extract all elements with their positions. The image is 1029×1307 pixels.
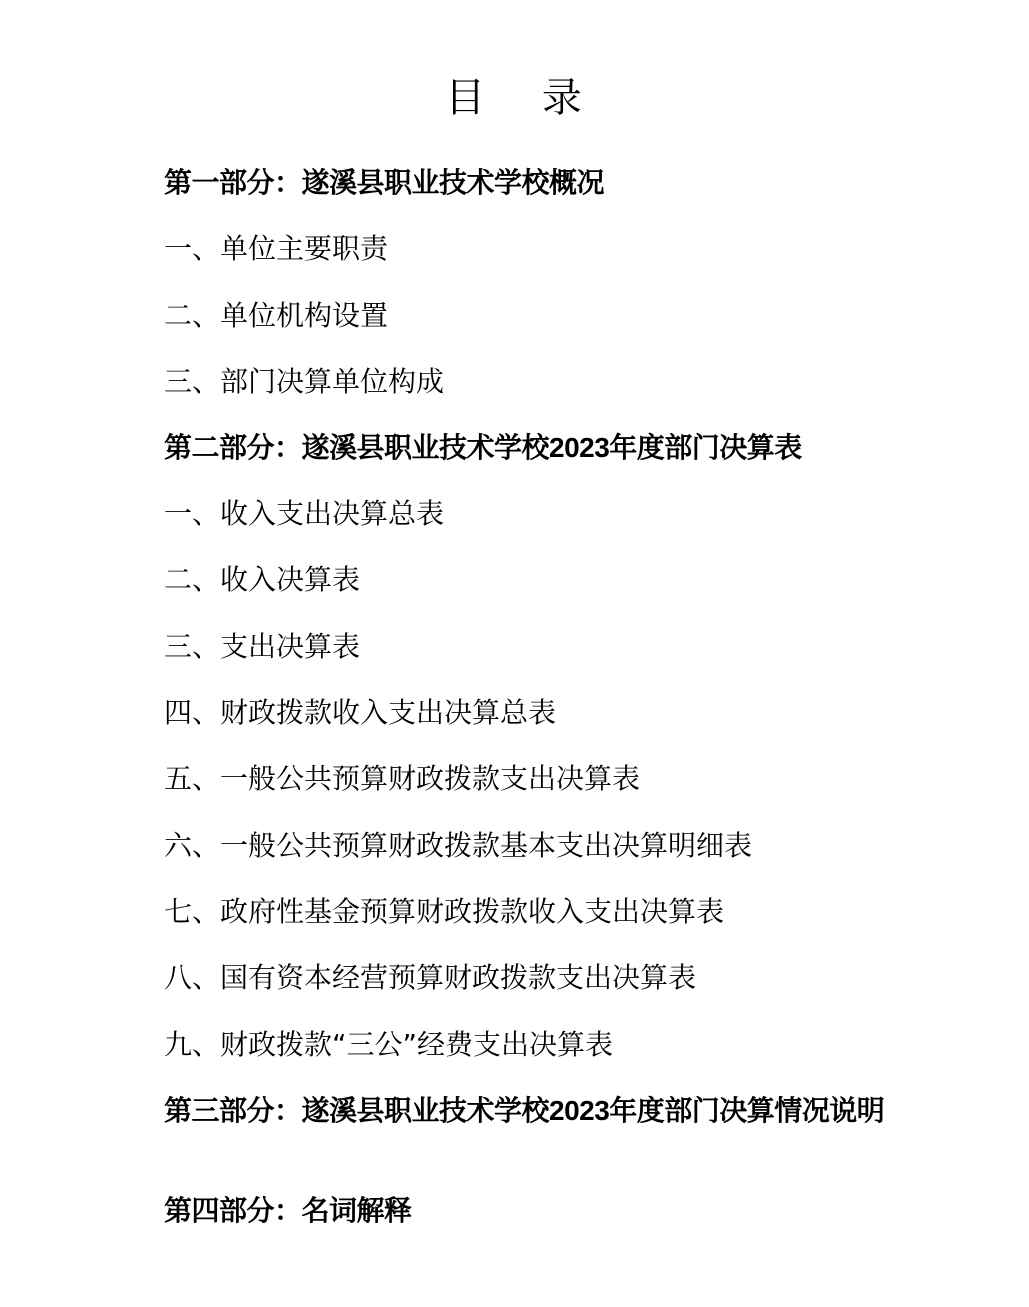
toc-item-2-8: 八、国有资本经营预算财政拨款支出决算表: [164, 960, 696, 996]
toc-item-2-7: 七、政府性基金预算财政拨款收入支出决算表: [164, 894, 724, 930]
toc-item-2-5: 五、一般公共预算财政拨款支出决算表: [164, 761, 640, 797]
toc-item-1-3: 三、部门决算单位构成: [164, 364, 444, 400]
toc-item-2-1: 一、收入支出决算总表: [164, 496, 444, 532]
toc-item-2-3: 三、支出决算表: [164, 629, 360, 665]
toc-part-3: 第三部分：遂溪县职业技术学校2023年度部门决算情况说明: [105, 1093, 905, 1129]
page-title: 目 录: [0, 72, 1029, 124]
toc-part-1: 第一部分：遂溪县职业技术学校概况: [164, 165, 604, 201]
toc-item-1-2: 二、单位机构设置: [164, 298, 388, 334]
toc-item-2-9: 九、财政拨款“三公”经费支出决算表: [164, 1027, 613, 1063]
toc-item-1-1: 一、单位主要职责: [164, 231, 388, 267]
toc-part-2: 第二部分：遂溪县职业技术学校2023年度部门决算表: [164, 430, 802, 466]
document-page: 目 录 第一部分：遂溪县职业技术学校概况 一、单位主要职责 二、单位机构设置 三…: [0, 0, 1029, 1307]
toc-item-2-6: 六、一般公共预算财政拨款基本支出决算明细表: [164, 828, 752, 864]
toc-part-4: 第四部分：名词解释: [164, 1193, 412, 1229]
toc-item-2-2: 二、收入决算表: [164, 562, 360, 598]
toc-item-2-4: 四、财政拨款收入支出决算总表: [164, 695, 556, 731]
